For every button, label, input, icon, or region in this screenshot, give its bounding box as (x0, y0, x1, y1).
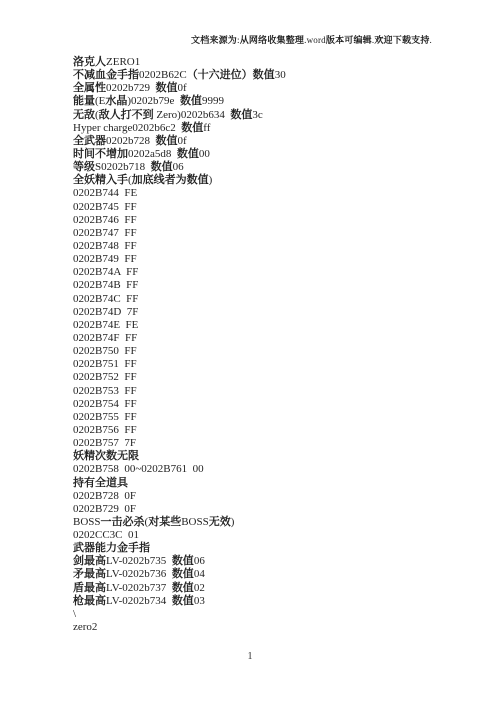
doc-line: 0202B728 0F (73, 490, 286, 503)
doc-line: 武器能力金手指 (73, 542, 286, 555)
doc-line: 0202B753 FF (73, 385, 286, 398)
doc-line: 0202B744 FE (73, 187, 286, 200)
document-body: 洛克人ZERO1不减血金手指0202B62C（十六进位）数值30全属性0202b… (73, 56, 286, 634)
doc-line: 全属性0202b729 数值0f (73, 82, 286, 95)
doc-line: 矛最高LV-0202b736 数值04 (73, 568, 286, 581)
doc-line: 0202B746 FF (73, 214, 286, 227)
doc-line: 0202B745 FF (73, 201, 286, 214)
doc-line: 0202B754 FF (73, 398, 286, 411)
doc-line: Hyper charge0202b6c2 数值ff (73, 122, 286, 135)
doc-line: 时间不增加0202a5d8 数值00 (73, 148, 286, 161)
doc-line: 0202B74F FF (73, 332, 286, 345)
doc-line: 等级S0202b718 数值06 (73, 161, 286, 174)
doc-line: 0202B747 FF (73, 227, 286, 240)
doc-line: 0202B74C FF (73, 293, 286, 306)
doc-line: 洛克人ZERO1 (73, 56, 286, 69)
doc-line: 0202B758 00~0202B761 00 (73, 463, 286, 476)
doc-line: 0202B752 FF (73, 371, 286, 384)
doc-line: 无敌(敌人打不到 Zero)0202b634 数值3c (73, 109, 286, 122)
doc-line: 0202CC3C 01 (73, 529, 286, 542)
page-number: 1 (0, 651, 500, 662)
doc-line: 0202B751 FF (73, 358, 286, 371)
doc-line: 0202B757 7F (73, 437, 286, 450)
doc-line: 剑最高LV-0202b735 数值06 (73, 555, 286, 568)
doc-line: 不减血金手指0202B62C（十六进位）数值30 (73, 69, 286, 82)
doc-line: 持有全道具 (73, 477, 286, 490)
doc-line: 0202B748 FF (73, 240, 286, 253)
doc-line: 妖精次数无限 (73, 450, 286, 463)
doc-line: \ (73, 608, 286, 621)
doc-line: 0202B74A FF (73, 266, 286, 279)
doc-line: BOSS一击必杀(对某些BOSS无效) (73, 516, 286, 529)
doc-line: 0202B750 FF (73, 345, 286, 358)
word-document-page: 文档来源为:从网络收集整理.word版本可编辑.欢迎下载支持. 洛克人ZERO1… (0, 0, 500, 707)
doc-line: 0202B756 FF (73, 424, 286, 437)
doc-line: 0202B729 0F (73, 503, 286, 516)
doc-line: 0202B755 FF (73, 411, 286, 424)
header-source-note: 文档来源为:从网络收集整理.word版本可编辑.欢迎下载支持. (191, 33, 432, 46)
doc-line: 枪最高LV-0202b734 数值03 (73, 595, 286, 608)
doc-line: 0202B749 FF (73, 253, 286, 266)
doc-line: 全武器0202b728 数值0f (73, 135, 286, 148)
doc-line: 能量(E水晶)0202b79e 数值9999 (73, 95, 286, 108)
doc-line: 全妖精入手(加底线者为数值) (73, 174, 286, 187)
doc-line: 0202B74E FE (73, 319, 286, 332)
doc-line: zero2 (73, 621, 286, 634)
doc-line: 盾最高LV-0202b737 数值02 (73, 582, 286, 595)
doc-line: 0202B74D 7F (73, 306, 286, 319)
doc-line: 0202B74B FF (73, 279, 286, 292)
